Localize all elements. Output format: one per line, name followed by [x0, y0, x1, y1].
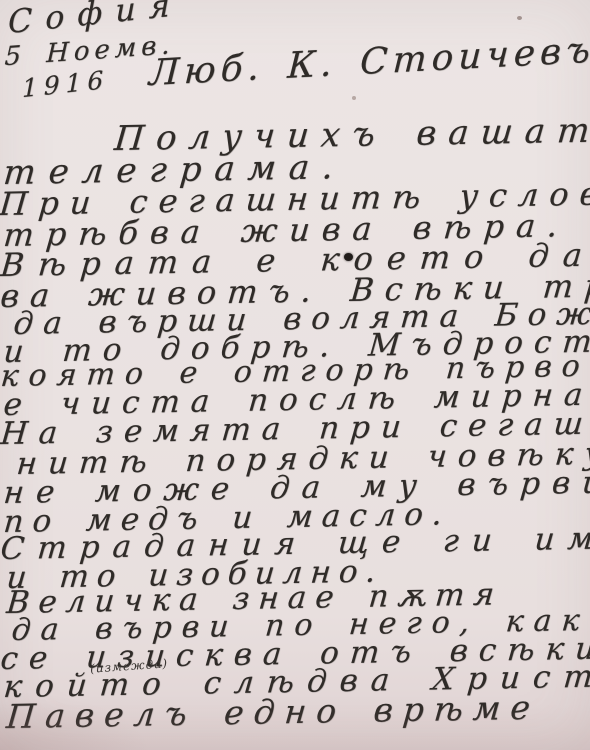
- scanned-letter-page: София5 Ноемв.1916Люб. К. Стоичевъ,Получи…: [0, 0, 590, 750]
- ink-speck: [517, 16, 522, 20]
- handwriting-line: Люб. К. Стоичевъ,: [148, 32, 590, 92]
- handwriting-line: 1916: [22, 67, 109, 101]
- ink-speck: [352, 96, 356, 100]
- handwriting-line: Павелъ едно врѣме: [5, 691, 541, 733]
- ink-blot: [344, 253, 353, 261]
